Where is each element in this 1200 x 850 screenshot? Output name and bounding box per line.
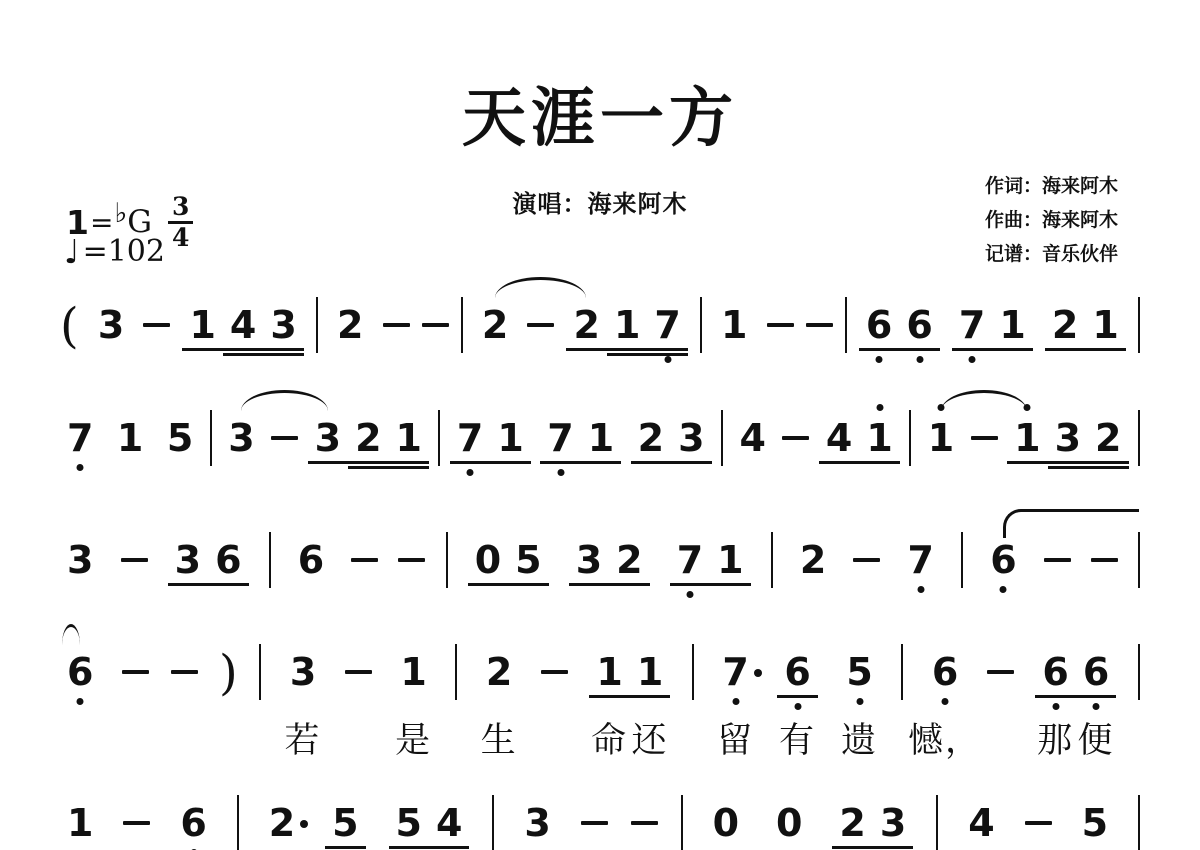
note: 6 [173, 801, 213, 845]
dash-duration [987, 670, 1014, 674]
octave-dot-below [686, 591, 693, 598]
note-digit: 0 [475, 538, 501, 582]
lyric-syllable: 遗 [841, 713, 878, 763]
note-digit: 7 [547, 416, 573, 460]
note: 2 [832, 801, 872, 845]
note: 2 [631, 416, 671, 460]
note: 4 [819, 416, 859, 460]
credit-composer: 作曲：海来阿木 [985, 204, 1118, 238]
octave-dot-below [1000, 586, 1007, 593]
octave-dot-above [876, 404, 883, 411]
note-digit: 4 [968, 801, 994, 845]
note: 4 [223, 303, 263, 347]
octave-dot-below [1052, 703, 1059, 710]
beam-group: 36 [168, 538, 249, 582]
dash-duration [123, 821, 150, 825]
note-digit: 7 [908, 538, 934, 582]
note: 1 [110, 416, 150, 460]
octave-dot-below [664, 356, 671, 363]
note: 1 [182, 303, 222, 347]
barline [936, 795, 938, 850]
barline [492, 795, 494, 850]
note-digit: 1 [717, 538, 743, 582]
note-digit: 4 [230, 303, 256, 347]
dash-duration [398, 558, 425, 562]
note-digit: 1 [637, 650, 663, 694]
note-digit: 3 [315, 416, 341, 460]
note: 7 [60, 416, 100, 460]
dash-duration [143, 323, 170, 327]
note: 2 [1088, 416, 1128, 460]
barline [909, 410, 911, 466]
note: 6有 [777, 650, 817, 694]
octave-dot-below [917, 586, 924, 593]
beam-group: 1命1还 [589, 650, 670, 694]
open-paren: ( [60, 303, 79, 349]
note: 6憾， [925, 650, 965, 694]
beam-group: 217 [566, 303, 687, 347]
note: 1 [921, 416, 961, 460]
note-digit: 1 [1014, 416, 1040, 460]
dash-duration [631, 821, 658, 825]
note-digit: 7 [67, 416, 93, 460]
credit-transcriber: 记谱：音乐伙伴 [985, 238, 1118, 272]
note: 1 [389, 416, 429, 460]
dash-duration [271, 436, 298, 440]
note: 2 [566, 303, 606, 347]
note-digit: 1 [614, 303, 640, 347]
note: 1 [1007, 416, 1047, 460]
note-digit: 2 [1052, 303, 1078, 347]
note: 0 [706, 801, 746, 845]
note-digit: 1 [588, 416, 614, 460]
note: 7 [647, 303, 687, 347]
beam-group: 21 [1045, 303, 1126, 347]
note-digit: 2 [486, 650, 512, 694]
octave-dot-below [794, 703, 801, 710]
note-digit: 2 [573, 303, 599, 347]
credits-block: 作词：海来阿木 作曲：海来阿木 记谱：音乐伙伴 [985, 170, 1118, 272]
slur-arc [241, 390, 328, 411]
note-digit: 1 [400, 650, 426, 694]
note-digit: 5 [515, 538, 541, 582]
note-digit: 2 [269, 801, 295, 845]
barline [1138, 644, 1140, 700]
note: 7留 [715, 650, 755, 694]
note: 7 [670, 538, 710, 582]
note: 4 [961, 801, 1001, 845]
note-digit: 4 [436, 801, 462, 845]
note: 3若 [283, 650, 323, 694]
beam-group: 23 [631, 416, 712, 460]
barline [455, 644, 457, 700]
note: 2 [262, 801, 302, 845]
note: 1是 [393, 650, 433, 694]
barline [901, 644, 903, 700]
note-digit: 3 [1055, 416, 1081, 460]
slur-arc [62, 624, 80, 645]
note: 2 [1045, 303, 1085, 347]
octave-dot-below [557, 469, 564, 476]
note-digit: 7 [654, 303, 680, 347]
note-digit: 3 [576, 538, 602, 582]
octave-dot-below [732, 698, 739, 705]
note: 7 [450, 416, 490, 460]
octave-dot-below [1093, 703, 1100, 710]
dash-duration [171, 670, 198, 674]
note-digit: 2 [337, 303, 363, 347]
lyric-syllable: 是 [395, 713, 432, 763]
beam-group: 66 [859, 303, 940, 347]
dash-duration [767, 323, 794, 327]
score-line-5: 1625543002345 [60, 801, 1140, 847]
beam-group: 143 [182, 303, 303, 347]
barline [700, 297, 702, 353]
barline [237, 795, 239, 850]
barline [446, 532, 448, 588]
note-digit: 2 [1095, 416, 1121, 460]
barline [1138, 795, 1140, 850]
octave-dot-below [969, 356, 976, 363]
note: 6 [208, 538, 248, 582]
note: 5 [389, 801, 429, 845]
note: 1 [581, 416, 621, 460]
dash-duration [345, 670, 372, 674]
note-digit: 6 [1042, 650, 1068, 694]
dash-duration [121, 558, 148, 562]
note-digit: 0 [776, 801, 802, 845]
barline [845, 297, 847, 353]
barline [259, 644, 261, 700]
note-digit: 6 [990, 538, 1016, 582]
note: 6那 [1035, 650, 1075, 694]
beam-group: 41 [819, 416, 900, 460]
barline [692, 644, 694, 700]
barline [269, 532, 271, 588]
note: 6 [899, 303, 939, 347]
note-digit: 3 [524, 801, 550, 845]
note-digit: 3 [98, 303, 124, 347]
flat-icon: ♭ [114, 198, 127, 229]
note: 3 [308, 416, 348, 460]
note-digit: 1 [189, 303, 215, 347]
note-digit: 1 [67, 801, 93, 845]
beam-group: 132 [1007, 416, 1128, 460]
barline [771, 532, 773, 588]
note: 1 [607, 303, 647, 347]
beam-group: 71 [540, 416, 621, 460]
beam-group: 71 [952, 303, 1033, 347]
note: 1 [1085, 303, 1125, 347]
note-digit: 3 [270, 303, 296, 347]
note: 2 [609, 538, 649, 582]
note-digit: 3 [175, 538, 201, 582]
note-digit: 4 [740, 416, 766, 460]
note-digit: 6 [866, 303, 892, 347]
note-digit: 1 [596, 650, 622, 694]
dash-duration [1025, 821, 1052, 825]
note: 0 [468, 538, 508, 582]
note-digit: 5 [332, 801, 358, 845]
note: 3 [91, 303, 131, 347]
barline [461, 297, 463, 353]
dash-duration [853, 558, 880, 562]
note-digit: 1 [117, 416, 143, 460]
note-digit: 7 [959, 303, 985, 347]
note-digit: 5 [167, 416, 193, 460]
lyric-syllable: 留 [717, 713, 754, 763]
tie-arc [1003, 509, 1139, 538]
barline [721, 410, 723, 466]
note: 3 [1048, 416, 1088, 460]
dash-duration [1091, 558, 1118, 562]
dash-duration [422, 323, 449, 327]
octave-dot-below [916, 356, 923, 363]
note-digit: 2 [616, 538, 642, 582]
quarter-note-icon: ♩ [64, 235, 80, 268]
note: 5遗 [839, 650, 879, 694]
note: 1 [710, 538, 750, 582]
note-digit: 3 [67, 538, 93, 582]
note-digit: 0 [713, 801, 739, 845]
note: 3 [569, 538, 609, 582]
note-digit: 4 [826, 416, 852, 460]
octave-dot-below [856, 698, 863, 705]
note-digit: 3 [228, 416, 254, 460]
note: 3 [60, 538, 100, 582]
beam-group: 23 [832, 801, 913, 845]
note-digit: 6 [298, 538, 324, 582]
lyric-syllable: 生 [481, 713, 518, 763]
beam-group: 5 [325, 801, 365, 845]
note-digit: 6 [67, 650, 93, 694]
octave-dot-below [876, 356, 883, 363]
note-digit: 2 [355, 416, 381, 460]
note: 5 [325, 801, 365, 845]
note-digit: 6 [906, 303, 932, 347]
meter-numerator: 3 [168, 194, 193, 224]
tempo-value: =102 [83, 234, 165, 269]
credit-lyricist: 作词：海来阿木 [985, 170, 1118, 204]
barline [681, 795, 683, 850]
note-digit: 6 [180, 801, 206, 845]
lyric-syllable: 便 [1078, 713, 1115, 763]
barline [1138, 297, 1140, 353]
barline [961, 532, 963, 588]
note: 3 [671, 416, 711, 460]
note: 3 [873, 801, 913, 845]
note: 1 [60, 801, 100, 845]
score-line-2: 71533217171234411132 [60, 416, 1140, 462]
beam-group: 54 [389, 801, 470, 845]
note-digit: 6 [932, 650, 958, 694]
note: 7 [952, 303, 992, 347]
note: 1 [490, 416, 530, 460]
dash-duration [122, 670, 149, 674]
note-digit: 1 [396, 416, 422, 460]
note-digit: 1 [1092, 303, 1118, 347]
dash-duration [351, 558, 378, 562]
note: 2 [348, 416, 388, 460]
slur-arc [941, 390, 1027, 411]
dash-duration [806, 323, 833, 327]
note: 0 [769, 801, 809, 845]
barline [1138, 532, 1140, 588]
beam-group: 6那6便 [1035, 650, 1116, 694]
tempo-marking: ♩=102 [64, 234, 165, 269]
note-digit: 6 [784, 650, 810, 694]
note-digit: 7 [722, 650, 748, 694]
note: 3 [263, 303, 303, 347]
note-digit: 1 [721, 303, 747, 347]
note: 5 [508, 538, 548, 582]
note-digit: 5 [396, 801, 422, 845]
dash-duration [541, 670, 568, 674]
octave-dot-above [937, 404, 944, 411]
beam-group: 321 [308, 416, 429, 460]
note: 3 [221, 416, 261, 460]
dash-duration [971, 436, 998, 440]
note-digit: 1 [928, 416, 954, 460]
meter-denominator: 4 [168, 224, 193, 251]
note: 1 [714, 303, 754, 347]
score-line-3: 3366053271276 [60, 538, 1140, 584]
note-digit: 2 [800, 538, 826, 582]
close-paren: ) [219, 650, 238, 696]
note-digit: 1 [866, 416, 892, 460]
note: 6 [859, 303, 899, 347]
note-digit: 6 [1083, 650, 1109, 694]
time-signature: 3 4 [168, 194, 193, 250]
octave-dot-below [77, 698, 84, 705]
note: 6便 [1076, 650, 1116, 694]
note: 6 [60, 650, 100, 694]
beam-group: 71 [450, 416, 531, 460]
note: 3 [517, 801, 557, 845]
dash-duration [527, 323, 554, 327]
note-digit: 1 [999, 303, 1025, 347]
note: 6 [983, 538, 1023, 582]
barline [316, 297, 318, 353]
note: 7 [901, 538, 941, 582]
note: 1命 [589, 650, 629, 694]
lyric-syllable: 还 [632, 713, 669, 763]
lyric-syllable: 有 [779, 713, 816, 763]
octave-dot-above [1024, 404, 1031, 411]
lyric-syllable: 憾， [908, 713, 982, 763]
note: 2 [475, 303, 515, 347]
note-digit: 7 [677, 538, 703, 582]
note: 5 [1075, 801, 1115, 845]
score-line-4: 6)3若1是2生1命1还7留6有5遗6憾，6那6便 [60, 650, 1140, 696]
note-digit: 6 [215, 538, 241, 582]
augmentation-dot [300, 820, 308, 828]
sheet-music-page: { "title": "天涯一方", "subtitle": "演唱：海来阿木"… [0, 0, 1200, 850]
note-digit: 1 [497, 416, 523, 460]
lyric-syllable: 若 [285, 713, 322, 763]
dash-duration [581, 821, 608, 825]
note: 7 [540, 416, 580, 460]
note-digit: 2 [638, 416, 664, 460]
dash-duration [782, 436, 809, 440]
barline [210, 410, 212, 466]
augmentation-dot [754, 669, 762, 677]
beam-group: 71 [670, 538, 751, 582]
note-digit: 2 [482, 303, 508, 347]
note: 1 [859, 416, 899, 460]
barline [1138, 410, 1140, 466]
note: 4 [733, 416, 773, 460]
song-title: 天涯一方 [0, 84, 1200, 154]
note: 2 [330, 303, 370, 347]
note-digit: 5 [846, 650, 872, 694]
lyric-syllable: 命 [591, 713, 628, 763]
slur-arc [495, 277, 586, 298]
note: 2生 [479, 650, 519, 694]
note: 1还 [630, 650, 670, 694]
note: 3 [168, 538, 208, 582]
note: 1 [992, 303, 1032, 347]
note-digit: 3 [678, 416, 704, 460]
note: 2 [793, 538, 833, 582]
note-digit: 3 [880, 801, 906, 845]
beam-group: 32 [569, 538, 650, 582]
dash-duration [1044, 558, 1071, 562]
score-line-1: (3143222171667121 [60, 303, 1140, 349]
note-digit: 3 [290, 650, 316, 694]
note: 5 [160, 416, 200, 460]
note-digit: 7 [457, 416, 483, 460]
octave-dot-below [942, 698, 949, 705]
dash-duration [383, 323, 410, 327]
beam-group: 6有 [777, 650, 817, 694]
beam-group: 05 [468, 538, 549, 582]
octave-dot-below [77, 464, 84, 471]
note-digit: 5 [1082, 801, 1108, 845]
note: 6 [291, 538, 331, 582]
octave-dot-below [467, 469, 474, 476]
lyric-syllable: 那 [1037, 713, 1074, 763]
note-digit: 2 [839, 801, 865, 845]
barline [438, 410, 440, 466]
note: 4 [429, 801, 469, 845]
